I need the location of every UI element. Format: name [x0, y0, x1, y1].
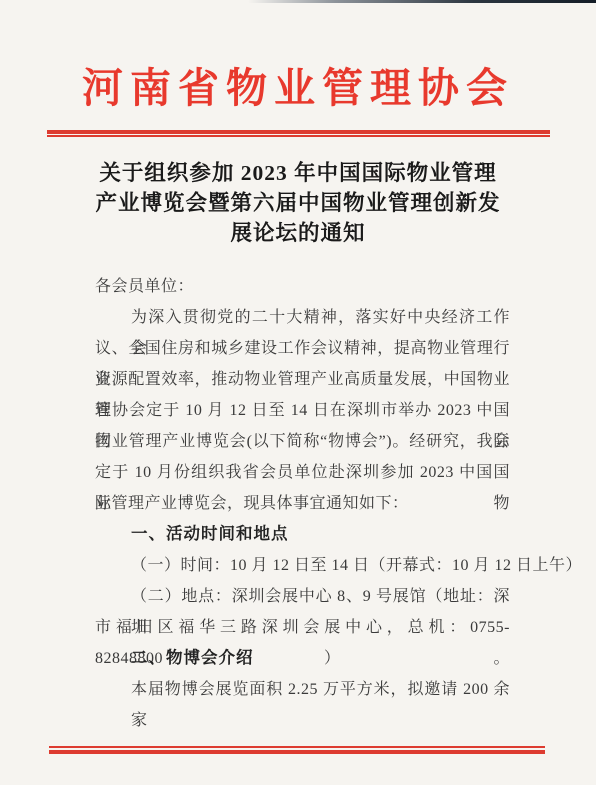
- body-line: 各会员单位：: [95, 271, 510, 302]
- section-heading: 一、活动时间和地点: [95, 519, 510, 550]
- body-line: （一）时间：10 月 12 日至 14 日（开幕式：10 月 12 日上午）: [95, 550, 510, 581]
- notice-title: 关于组织参加 2023 年中国国际物业管理产业博览会暨第六届中国物业管理创新发展…: [40, 158, 556, 248]
- body-line: 物业管理产业博览会(以下简称“物博会”)。经研究，我会: [95, 426, 510, 457]
- rule-thin-bar: [47, 135, 550, 137]
- body-line: 定于 10 月份组织我省会员单位赴深圳参加 2023 中国国际物: [95, 457, 510, 488]
- footer-divider-rule: [49, 746, 545, 754]
- title-line: 产业博览会暨第六届中国物业管理创新发: [40, 188, 556, 218]
- body-line: 为深入贯彻党的二十大精神，落实好中央经济工作会: [95, 302, 510, 333]
- body-line: 议、全国住房和城乡建设工作会议精神，提高物业管理行业: [95, 333, 510, 364]
- title-line: 展论坛的通知: [40, 218, 556, 248]
- notice-body: 各会员单位：为深入贯彻党的二十大精神，落实好中央经济工作会议、全国住房和城乡建设…: [95, 271, 510, 705]
- body-line: 本届物博会展览面积 2.25 万平方米，拟邀请 200 余家: [95, 674, 510, 705]
- letterhead-org-name: 河南省物业管理协会: [0, 62, 596, 114]
- body-line: （二）地点：深圳会展中心 8、9 号展馆（地址：深圳: [95, 581, 510, 612]
- rule-thick-bar: [47, 130, 550, 134]
- letterhead-divider-rule: [47, 130, 550, 137]
- body-line: 市福田区福华三路深圳会展中心，总机：0755-82848800）。: [95, 612, 510, 643]
- rule-thin-bar: [49, 746, 545, 748]
- scan-edge-artifact: [248, 0, 596, 3]
- body-line: 资源配置效率，推动物业管理产业高质量发展，中国物业管: [95, 364, 510, 395]
- scanned-notice-page: 河南省物业管理协会 关于组织参加 2023 年中国国际物业管理产业博览会暨第六届…: [0, 0, 596, 785]
- title-line: 关于组织参加 2023 年中国国际物业管理: [40, 158, 556, 188]
- rule-thick-bar: [49, 750, 545, 754]
- body-line: 理协会定于 10 月 12 日至 14 日在深圳市举办 2023 中国国际: [95, 395, 510, 426]
